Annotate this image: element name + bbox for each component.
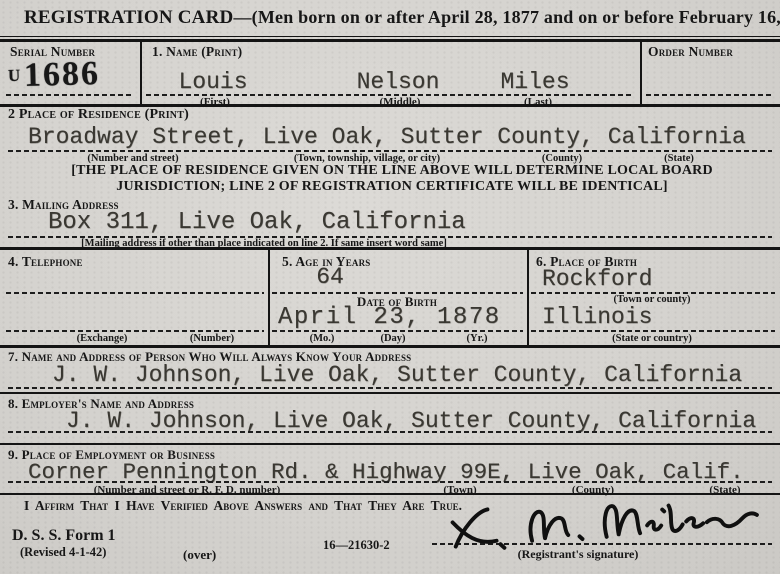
print-code: 16—21630-2 [323,538,390,553]
residence-entry-line [8,150,772,152]
serial-number-prefix: U [8,66,21,86]
dob-year-sublabel: (Yr.) [467,333,488,344]
telephone-entry-line [6,292,264,294]
jurisdiction-notice-line1: [THE PLACE OF RESIDENCE GIVEN ON THE LIN… [71,163,713,179]
order-entry-line [646,94,774,96]
divider [0,247,780,250]
order-number-label: Order Number [648,44,733,60]
birthplace-state-entry-line [531,330,775,332]
birthplace-state-sublabel: (State or country) [612,333,692,344]
telephone-label: 4. Telephone [8,254,83,270]
form-number: D. S. S. Form 1 [12,527,116,545]
employment-entry-line [8,481,772,483]
date-of-birth-entry-line [272,330,523,332]
divider [268,250,270,345]
age-value: 64 [316,264,344,290]
signature-stroke [604,499,758,537]
affirmation-text: I Affirm That I Have Verified Above Answ… [24,498,462,514]
telephone-number-sublabel: (Number) [190,333,234,344]
divider [0,392,780,394]
card-header: REGISTRATION CARD—(Men born on or after … [24,7,780,29]
dob-day-sublabel: (Day) [380,333,405,344]
registrant-signature: L. N. Miles [437,485,771,558]
birthplace-state-value: Illinois [542,304,652,330]
contact-entry-line [8,387,772,389]
jurisdiction-notice-line2: JURISDICTION; LINE 2 OF REGISTRATION CER… [116,179,668,195]
name-middle-value: Nelson [357,69,440,95]
card-title: REGISTRATION CARD [24,7,233,28]
mailing-value: Box 311, Live Oak, California [48,209,466,236]
divider [640,42,642,104]
serial-number-value: 1686 [24,55,101,95]
telephone-entry-line [6,330,264,332]
residence-value: Broadway Street, Live Oak, Sutter County… [28,124,746,150]
registration-card: REGISTRATION CARD—(Men born on or after … [0,0,780,574]
employer-entry-line [8,431,772,433]
card-title-qualifier: —(Men born on or after April 28, 1877 an… [233,7,780,27]
divider [527,250,529,345]
name-label: 1. Name (Print) [152,44,242,60]
residence-label: 2 Place of Residence (Print) [8,107,189,123]
divider [0,39,780,42]
signature-stroke [530,510,583,542]
divider [140,42,142,104]
dob-month-sublabel: (Mo.) [310,333,335,344]
name-last-value: Miles [500,69,569,95]
form-revision: (Revised 4-1-42) [20,545,106,560]
birthplace-town-value: Rockford [542,266,652,292]
contact-value: J. W. Johnson, Live Oak, Sutter County, … [52,362,742,388]
name-first-value: Louis [178,69,247,95]
divider [0,443,780,445]
divider [0,345,780,348]
date-of-birth-value: April 23, 1878 [278,304,501,331]
over-note: (over) [183,547,216,563]
divider [0,36,780,37]
telephone-exchange-sublabel: (Exchange) [77,333,128,344]
